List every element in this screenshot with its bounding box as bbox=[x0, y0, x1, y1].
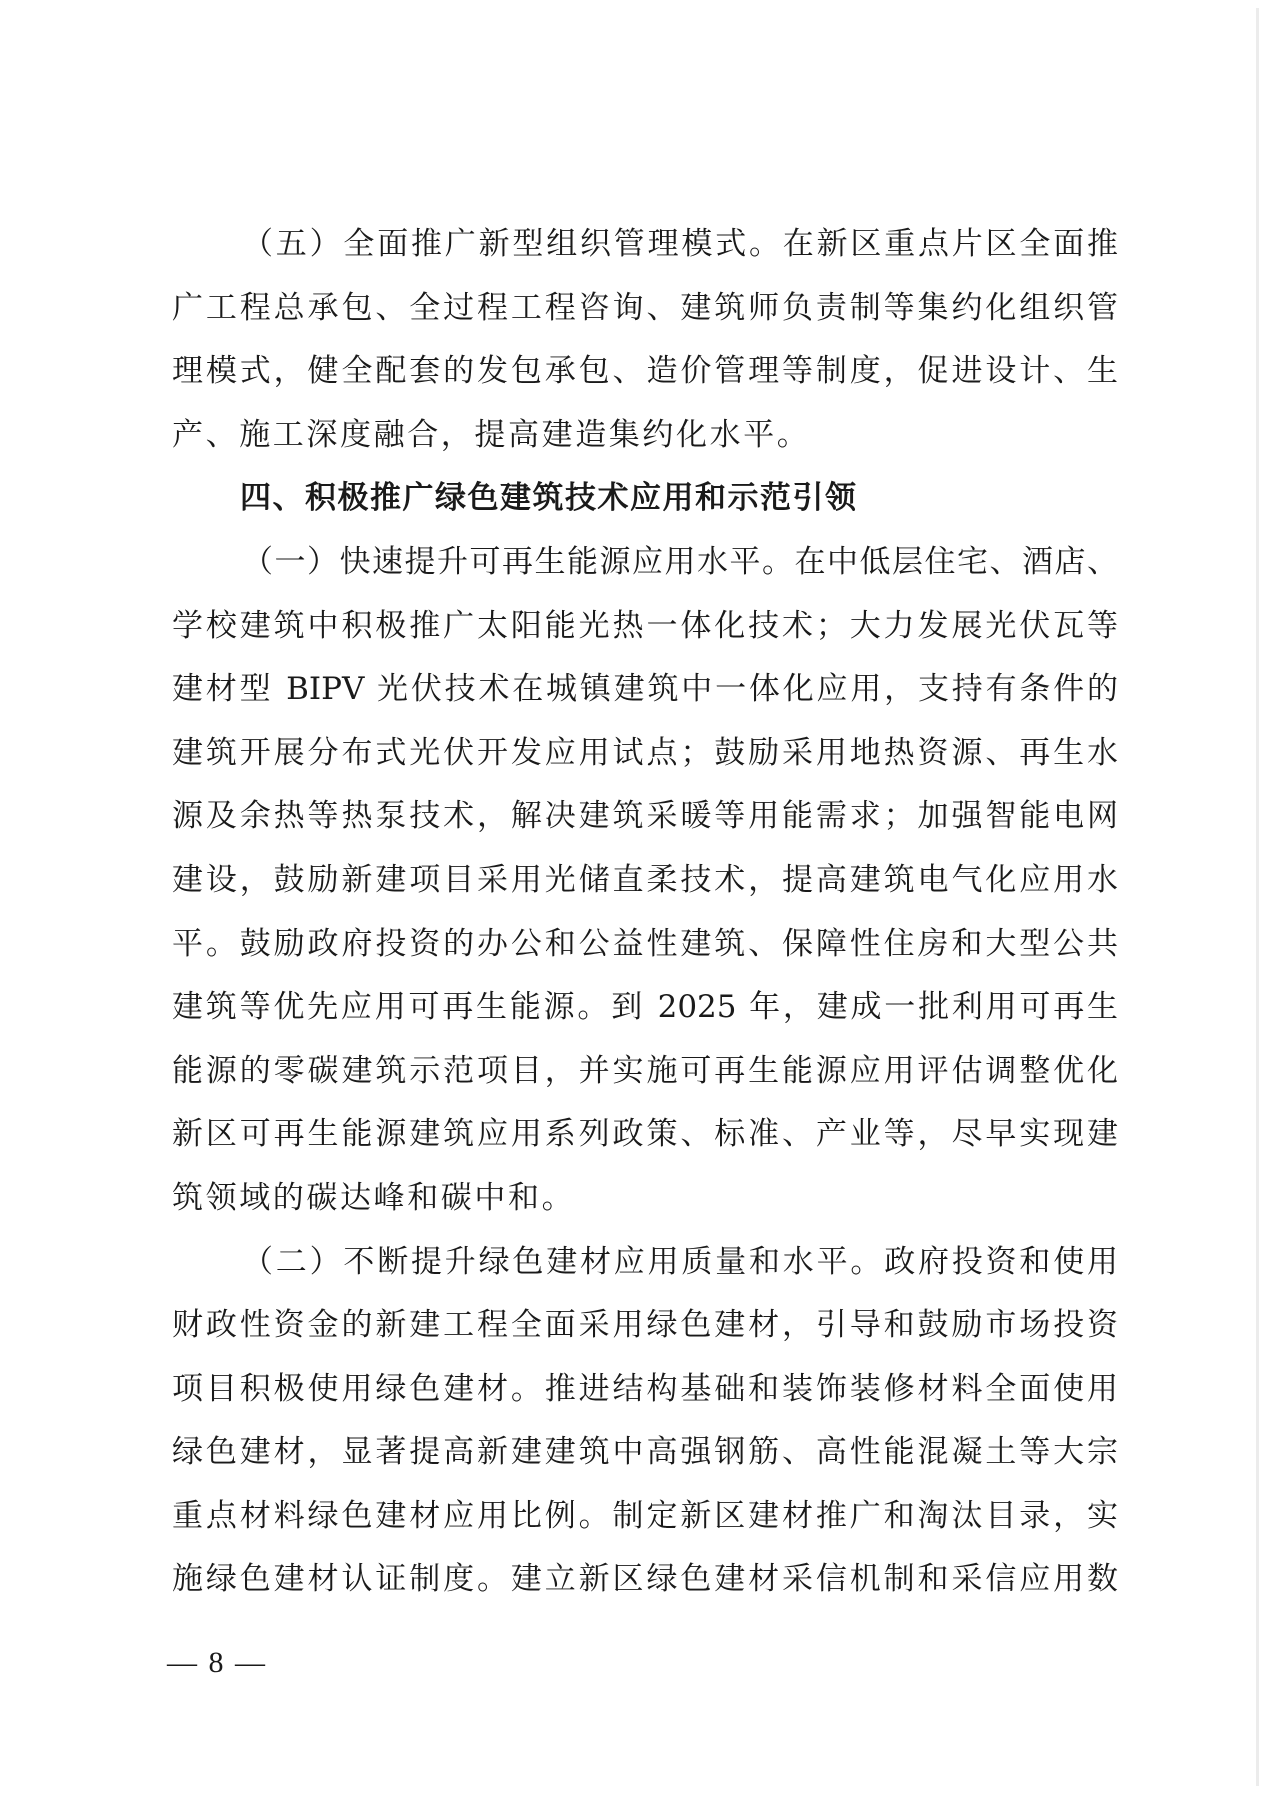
paragraph-5-line-4: 产、施工深度融合，提高建造集约化水平。 bbox=[172, 404, 1118, 468]
page-edge-line bbox=[1256, 8, 1259, 1786]
paragraph-5-line-1: （五）全面推广新型组织管理模式。在新区重点片区全面推 bbox=[172, 213, 1118, 277]
paragraph-1-line-10: 新区可再生能源建筑应用系列政策、标准、产业等，尽早实现建 bbox=[172, 1103, 1118, 1167]
paragraph-2-line-1: （二）不断提升绿色建材应用质量和水平。政府投资和使用 bbox=[172, 1231, 1118, 1295]
page-number: — 8 — bbox=[167, 1646, 267, 1680]
paragraph-1-line-5: 源及余热等热泵技术，解决建筑采暖等用能需求；加强智能电网 bbox=[172, 785, 1118, 849]
paragraph-1-line-8: 建筑等优先应用可再生能源。到 2025 年，建成一批利用可再生 bbox=[172, 976, 1118, 1040]
paragraph-1-line-1: （一）快速提升可再生能源应用水平。在中低层住宅、酒店、 bbox=[172, 531, 1118, 595]
paragraph-1-line-2: 学校建筑中积极推广太阳能光热一体化技术；大力发展光伏瓦等 bbox=[172, 595, 1118, 659]
paragraph-1-line-3: 建材型 BIPV 光伏技术在城镇建筑中一体化应用，支持有条件的 bbox=[172, 658, 1118, 722]
paragraph-1-line-11: 筑领域的碳达峰和碳中和。 bbox=[172, 1167, 1118, 1231]
paragraph-2-line-6: 施绿色建材认证制度。建立新区绿色建材采信机制和采信应用数 bbox=[172, 1548, 1118, 1612]
section-heading: 四、积极推广绿色建筑技术应用和示范引领 bbox=[172, 467, 1118, 531]
paragraph-2-line-2: 财政性资金的新建工程全面采用绿色建材，引导和鼓励市场投资 bbox=[172, 1294, 1118, 1358]
paragraph-1-line-6: 建设，鼓励新建项目采用光储直柔技术，提高建筑电气化应用水 bbox=[172, 849, 1118, 913]
paragraph-2-line-3: 项目积极使用绿色建材。推进结构基础和装饰装修材料全面使用 bbox=[172, 1358, 1118, 1422]
paragraph-1-line-4: 建筑开展分布式光伏开发应用试点；鼓励采用地热资源、再生水 bbox=[172, 722, 1118, 786]
paragraph-1-line-9: 能源的零碳建筑示范项目，并实施可再生能源应用评估调整优化 bbox=[172, 1040, 1118, 1104]
paragraph-5-line-2: 广工程总承包、全过程工程咨询、建筑师负责制等集约化组织管 bbox=[172, 277, 1118, 341]
paragraph-1-line-7: 平。鼓励政府投资的办公和公益性建筑、保障性住房和大型公共 bbox=[172, 913, 1118, 977]
paragraph-5-line-3: 理模式，健全配套的发包承包、造价管理等制度，促进设计、生 bbox=[172, 340, 1118, 404]
paragraph-2-line-5: 重点材料绿色建材应用比例。制定新区建材推广和淘汰目录，实 bbox=[172, 1485, 1118, 1549]
document-body: （五）全面推广新型组织管理模式。在新区重点片区全面推 广工程总承包、全过程工程咨… bbox=[172, 213, 1118, 1612]
paragraph-2-line-4: 绿色建材，显著提高新建建筑中高强钢筋、高性能混凝土等大宗 bbox=[172, 1421, 1118, 1485]
